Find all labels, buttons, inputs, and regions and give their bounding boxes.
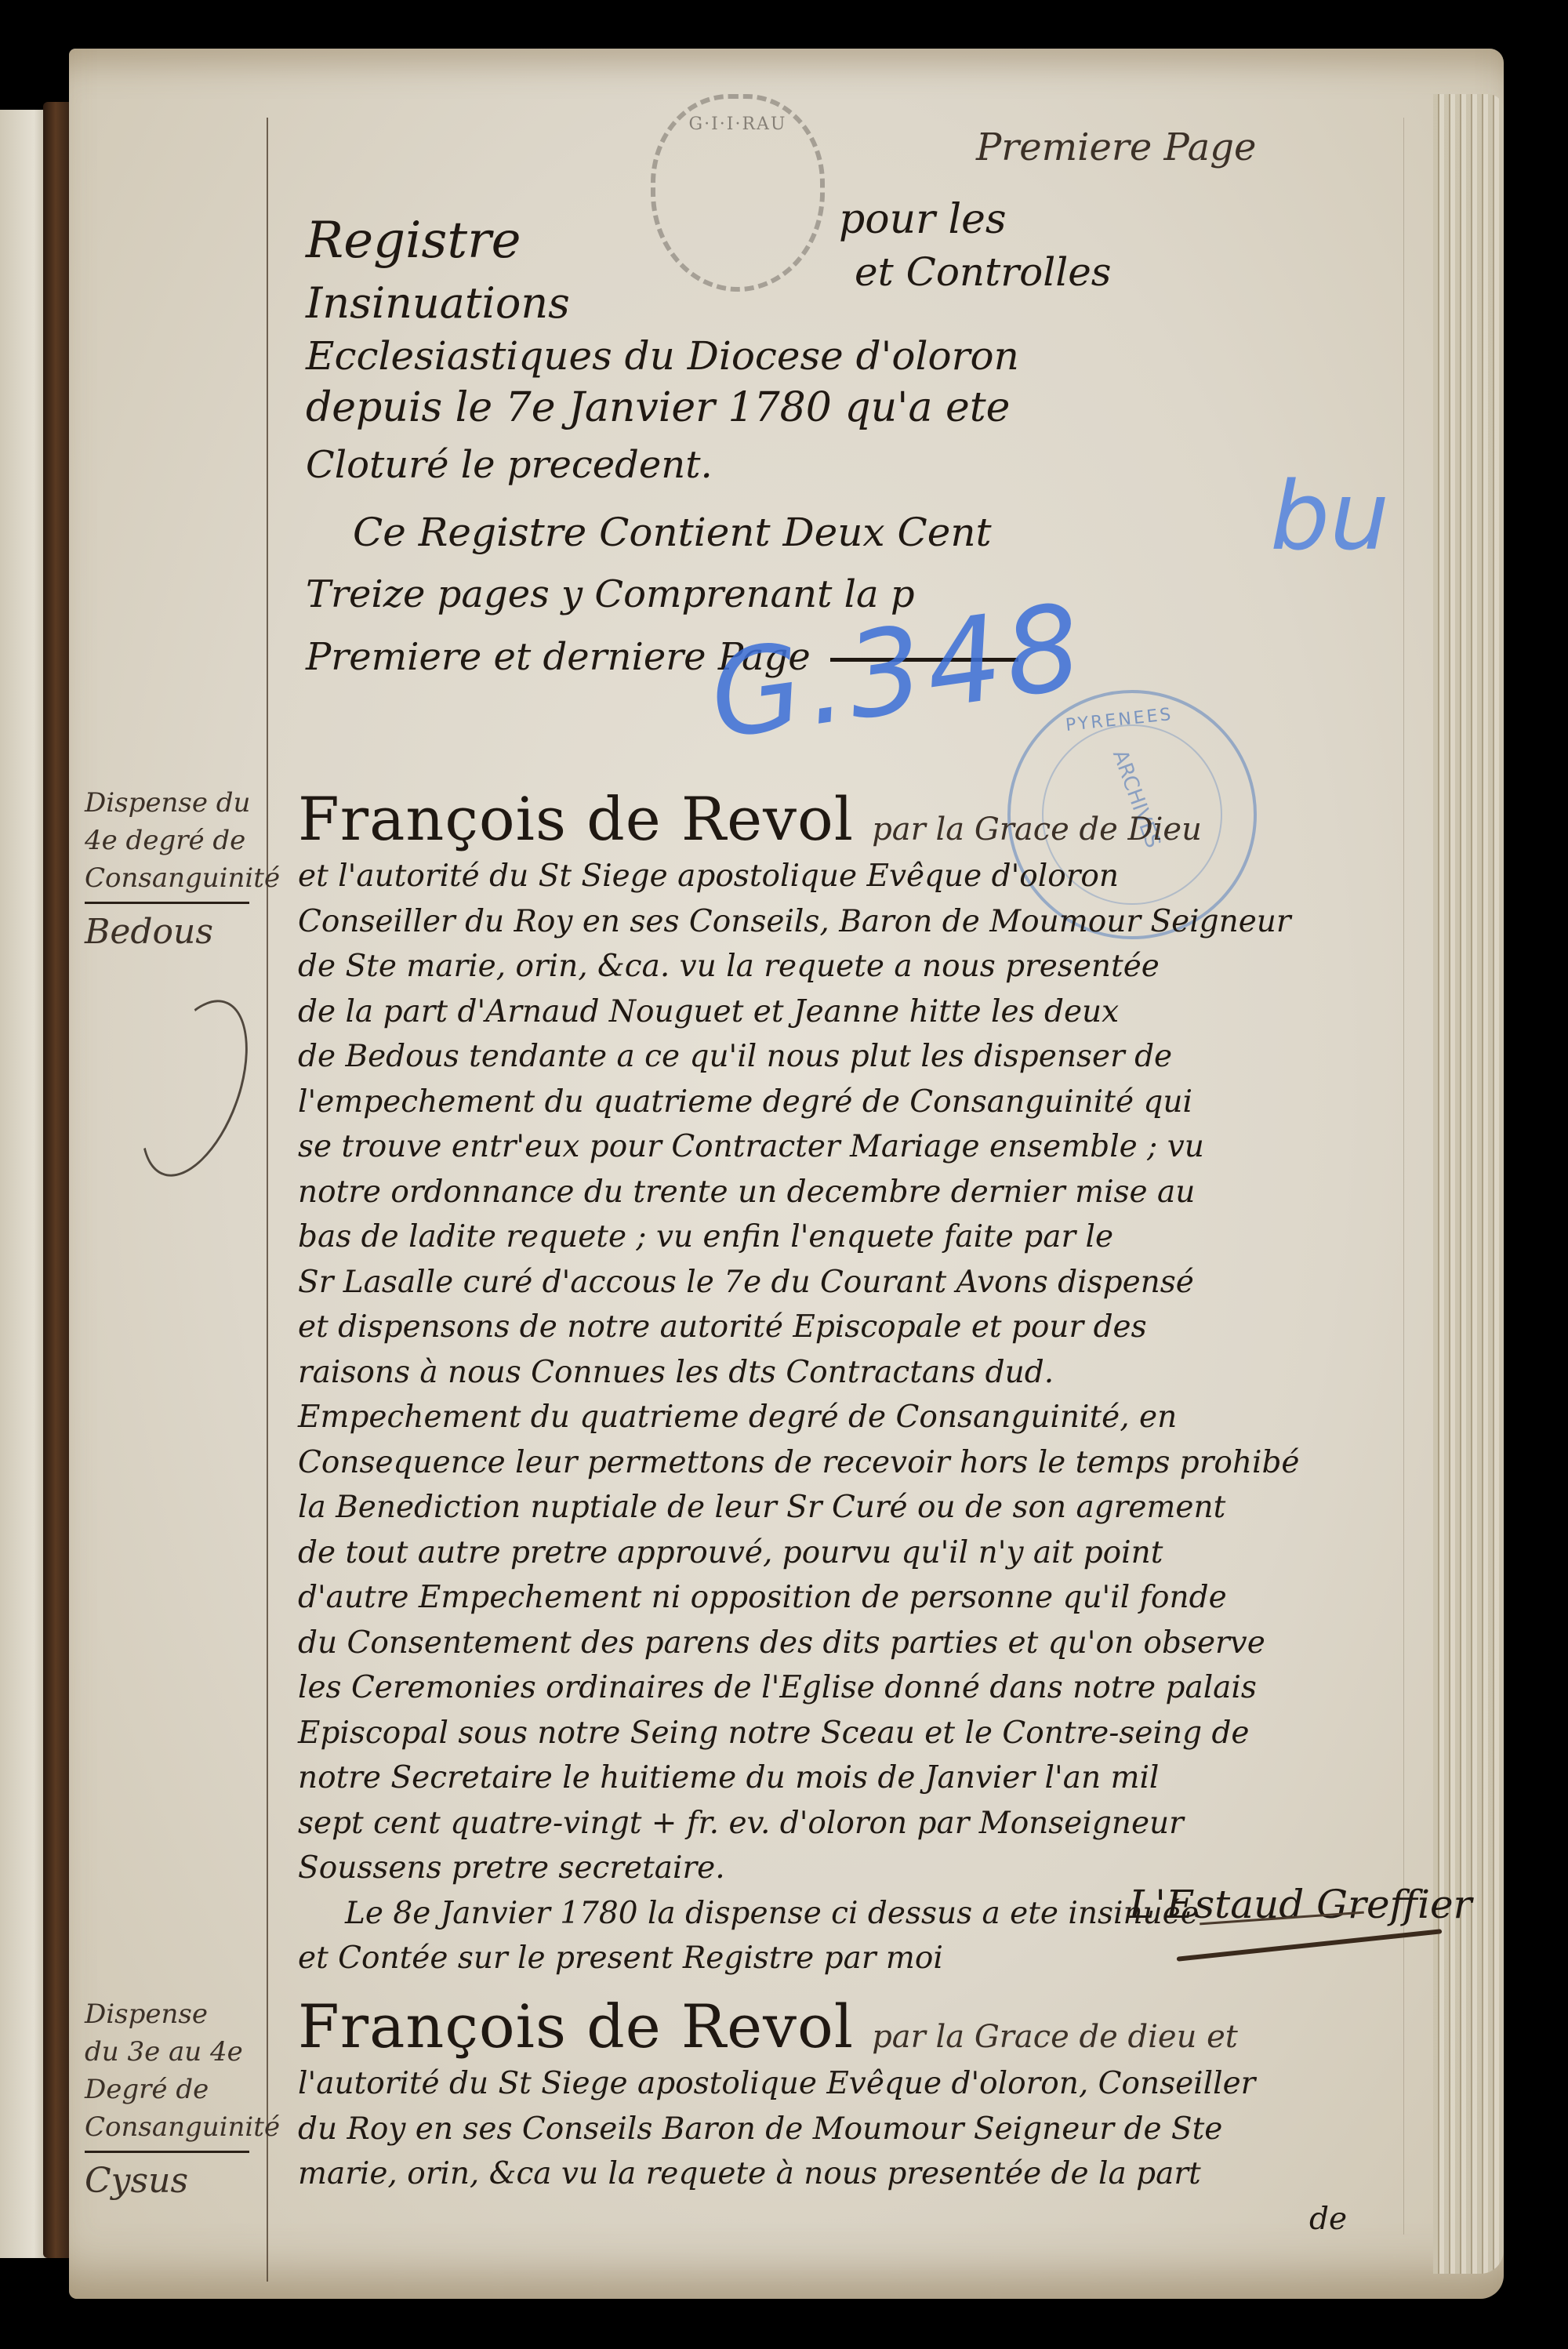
act-line: de [298,2197,1411,2242]
act-heading: François de Revol [298,784,854,854]
act-line: raisons à nous Connues les dts Contracta… [298,1350,1411,1396]
title-line-5: Cloturé le precedent. [306,443,713,487]
act-line: d'autre Empechement ni opposition de per… [298,1575,1411,1621]
act-2-heading-row: François de Revol par la Grace de dieu e… [298,1991,1411,2061]
act-line: du Roy en ses Conseils Baron de Moumour … [298,2107,1411,2152]
seal-stamp-icon: G·I·I·RAU [651,94,825,292]
title-line-7: Treize pages y Comprenant la p [306,572,915,616]
registrar-signature: L'Estaud Greffier [1129,1882,1472,1927]
title-controlles: et Controlles [855,249,1111,295]
title-line-3: Ecclesiastiques du Diocese d'oloron [306,333,1019,379]
act-line: Empechement du quatrieme degré de Consan… [298,1395,1411,1440]
act-line: de Bedous tendante a ce qu'il nous plut … [298,1034,1411,1080]
act-heading: François de Revol [298,1991,854,2061]
act-2-margin-note: Dispense du 3e au 4e Degré de Consanguin… [85,1995,265,2201]
title-line-6: Ce Registre Contient Deux Cent [353,510,992,555]
act-line: notre ordonnance du trente un decembre d… [298,1170,1411,1215]
title-pour-les: pour les [839,196,1007,243]
page-stack-edge [1433,94,1504,2274]
call-number-top: bu [1270,463,1389,572]
title-line-4: depuis le 7e Janvier 1780 qu'a ete [306,384,1010,431]
margin-note-place: Bedous [85,912,265,952]
act-line: Episcopal sous notre Seing notre Sceau e… [298,1711,1411,1756]
page-label: Premiere Page [976,125,1256,169]
margin-note-place: Cysus [85,2161,265,2201]
act-line: marie, orin, &ca vu la requete à nous pr… [298,2151,1411,2197]
act-2: François de Revol par la Grace de dieu e… [298,1991,1411,2242]
act-line: Sr Lasalle curé d'accous le 7e du Couran… [298,1260,1411,1305]
margin-rule [267,118,268,2282]
margin-note-rule [85,902,249,904]
margin-note-line: 4e degré de [85,822,265,859]
act-heading-continuation: par la Grace de Dieu [872,811,1202,848]
act-line: du Consentement des parens des dits part… [298,1621,1411,1666]
act-line: de Ste marie, orin, &ca. vu la requete a… [298,944,1411,989]
margin-note-rule [85,2151,249,2153]
act-line: notre Secretaire le huitieme du mois de … [298,1755,1411,1801]
act-line: sept cent quatre-vingt + fr. ev. d'oloro… [298,1801,1411,1846]
act-line: l'empechement du quatrieme degré de Cons… [298,1080,1411,1125]
title-registre: Registre [306,212,521,270]
act-1-heading-row: François de Revol par la Grace de Dieu [298,784,1411,854]
act-line: bas de ladite requete ; vu enfin l'enque… [298,1214,1411,1260]
act-line: Consequence leur permettons de recevoir … [298,1440,1411,1486]
act-line: et dispensons de notre autorité Episcopa… [298,1305,1411,1350]
registration-line: et Contée sur le present Registre par mo… [298,1936,1411,1981]
act-line: l'autorité du St Siege apostolique Evêqu… [298,2061,1411,2107]
act-heading-continuation: par la Grace de dieu et [872,2019,1238,2055]
act-line: de tout autre pretre approuvé, pourvu qu… [298,1530,1411,1576]
title-insinuations: Insinuations [306,278,570,328]
margin-note-line: Dispense [85,1995,265,2033]
margin-note-line: du 3e au 4e [85,2033,265,2071]
act-1-margin-note: Dispense du 4e degré de Consanguinité Be… [85,784,265,952]
seal-text: G·I·I·RAU [689,114,787,134]
margin-note-line: Degré de [85,2071,265,2108]
facing-page-edge [0,110,49,2258]
act-line: Conseiller du Roy en ses Conseils, Baron… [298,899,1411,945]
margin-note-line: Consanguinité [85,859,265,897]
act-line: les Ceremonies ordinaires de l'Eglise do… [298,1665,1411,1711]
act-line: et l'autorité du St Siege apostolique Ev… [298,854,1411,899]
margin-note-line: Consanguinité [85,2108,265,2146]
act-1: François de Revol par la Grace de Dieu e… [298,784,1411,1981]
act-line: de la part d'Arnaud Nouguet et Jeanne hi… [298,989,1411,1035]
act-line: la Benediction nuptiale de leur Sr Curé … [298,1485,1411,1530]
act-line: se trouve entr'eux pour Contracter Maria… [298,1124,1411,1170]
margin-note-line: Dispense du [85,784,265,822]
